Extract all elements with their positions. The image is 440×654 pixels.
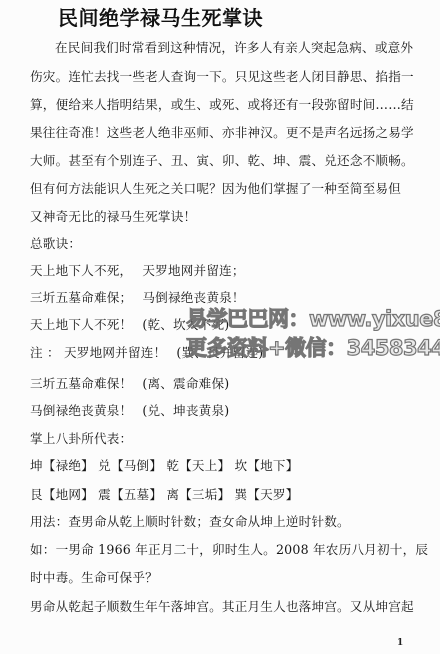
verse-part: 天罗地网并留连； <box>142 263 244 278</box>
example-line: 男命从乾起子顺数生年午落坤宫。其正月生人也落坤宫。又从坤宫起 <box>30 599 414 615</box>
section-heading: 掌上八卦所代表： <box>30 431 132 447</box>
palm-row: 艮【地网】 震【五墓】 离【三垢】 巽【天罗】 <box>30 487 299 503</box>
paragraph-line: 大师。甚至有个别连子、丑、寅、卯、乾、坤、震、兑还念不顺畅。 <box>30 153 414 169</box>
paragraph-line: 伤灾。连忙去找一些老人查询一下。只见这些老人闭目静思、掐指一 <box>30 69 414 85</box>
example-line: 时中毒。生命可保乎？ <box>30 570 158 586</box>
document-page: 民间绝学禄马生死掌诀 在民间我们时常看到这种情况，许多人有亲人突起急病、或意外 … <box>0 0 440 654</box>
palm-row: 坤【禄绝】 兑【马倒】 乾【天上】 坎【地下】 <box>30 458 299 474</box>
section-heading: 总歌诀： <box>30 236 81 252</box>
verse-part: 天上地下人不死， <box>30 263 132 278</box>
example-line: 如：一男命 1966 年正月二十，卯时生人。2008 年农历八月初十，辰 <box>30 542 428 558</box>
watermark-website: 易学巴巴网：www.yixue88.cn <box>186 303 440 333</box>
verse-part: (离、震命难保) <box>142 376 229 391</box>
verse-line: 三圻五墓命难保！(离、震命难保) <box>30 376 229 392</box>
paragraph-line: 在民间我们时常看到这种情况，许多人有亲人突起急病、或意外 <box>55 40 413 56</box>
verse-part: (兑、坤丧黄泉) <box>142 403 229 418</box>
paragraph-line: 算，便给来人指明结果，或生、或死、或将还有一段弥留时间……结 <box>30 97 414 113</box>
verse-line: 马倒禄绝丧黄泉！(兑、坤丧黄泉) <box>30 403 229 419</box>
verse-part: 三圻五墓命难保； <box>30 290 132 305</box>
paragraph-line: 又神奇无比的禄马生死掌诀！ <box>30 209 196 225</box>
paragraph-line: 但有何方法能识人生死之关口呢？因为他们掌握了一种至简至易但 <box>30 181 401 197</box>
verse-part: 注 ： 天罗地网并留连！ <box>30 345 166 360</box>
verse-part: 天上地下人不死！ <box>30 317 132 332</box>
verse-part: 马倒禄绝丧黄泉！ <box>30 403 132 418</box>
document-title: 民间绝学禄马生死掌诀 <box>58 2 263 31</box>
verse-line: 天上地下人不死，天罗地网并留连； <box>30 263 245 279</box>
page-number: 1 <box>397 638 403 648</box>
watermark-contact: 更多资料+微信：3458344044 <box>186 332 440 362</box>
verse-part: 三圻五墓命难保！ <box>30 376 132 391</box>
paragraph-line: 果往往奇准！这些老人绝非巫师、亦非神汉。更不是声名远扬之易学 <box>30 125 414 141</box>
usage-line: 用法：查男命从乾上顺时针数；查女命从坤上逆时针数。 <box>30 514 350 530</box>
